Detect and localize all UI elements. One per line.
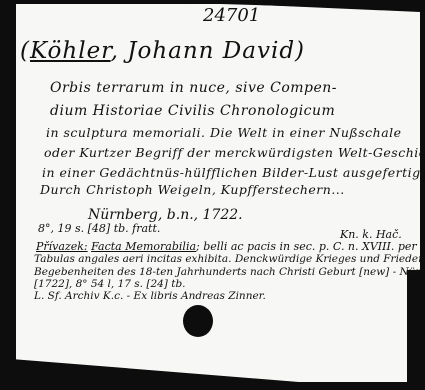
notes-line: L. Sf. Archiv K.c. - Ex libris Andreas Z… (34, 290, 266, 302)
title-line: dium Historiae Civilis Chronologicum (50, 103, 335, 119)
bound-with-title: Facta Memorabilia (91, 240, 196, 253)
title-line: Durch Christoph Weigeln, Kupfferstechern… (40, 182, 345, 197)
title-line: Orbis terrarum in nuce, sive Compen- (50, 80, 337, 96)
title-line: oder Kurtzer Begriff der merckwürdigsten… (44, 145, 425, 160)
imprint: Nürnberg, b.n., 1722. (88, 207, 243, 223)
paren-close: ) (295, 38, 305, 64)
notes-text: ; belli ac pacis in sec. p. C. n. XVIII.… (196, 240, 417, 253)
notes-line: Přívazek: Facta Memorabilia; belli ac pa… (36, 240, 417, 253)
title-line: in einer Gedächtnüs-hülfflichen Bilder-L… (42, 165, 425, 180)
title-line: in sculptura memoriali. Die Welt in eine… (46, 125, 402, 140)
scan-edge-right (407, 270, 425, 390)
heading-separator: , (111, 38, 128, 64)
notes-line: Tabulas angales aeri incitas exhibita. D… (34, 253, 425, 265)
punch-hole (183, 305, 213, 337)
author-surname: Köhler (30, 38, 111, 64)
author-given-names: Johann David (127, 38, 295, 64)
notes-line: [1722], 8° 54 l, 17 s. [24] tb. (34, 278, 186, 290)
notes-line: Begebenheiten des 18-ten Jahrhunderts na… (34, 266, 425, 278)
paren-open: ( (20, 38, 30, 64)
collation: 8°, 19 s. [48] tb. fratt. (38, 222, 160, 235)
author-heading: (Köhler, Johann David) (20, 38, 305, 64)
accession-number: 24701 (203, 5, 260, 26)
notes-label: Přívazek: (36, 240, 88, 253)
